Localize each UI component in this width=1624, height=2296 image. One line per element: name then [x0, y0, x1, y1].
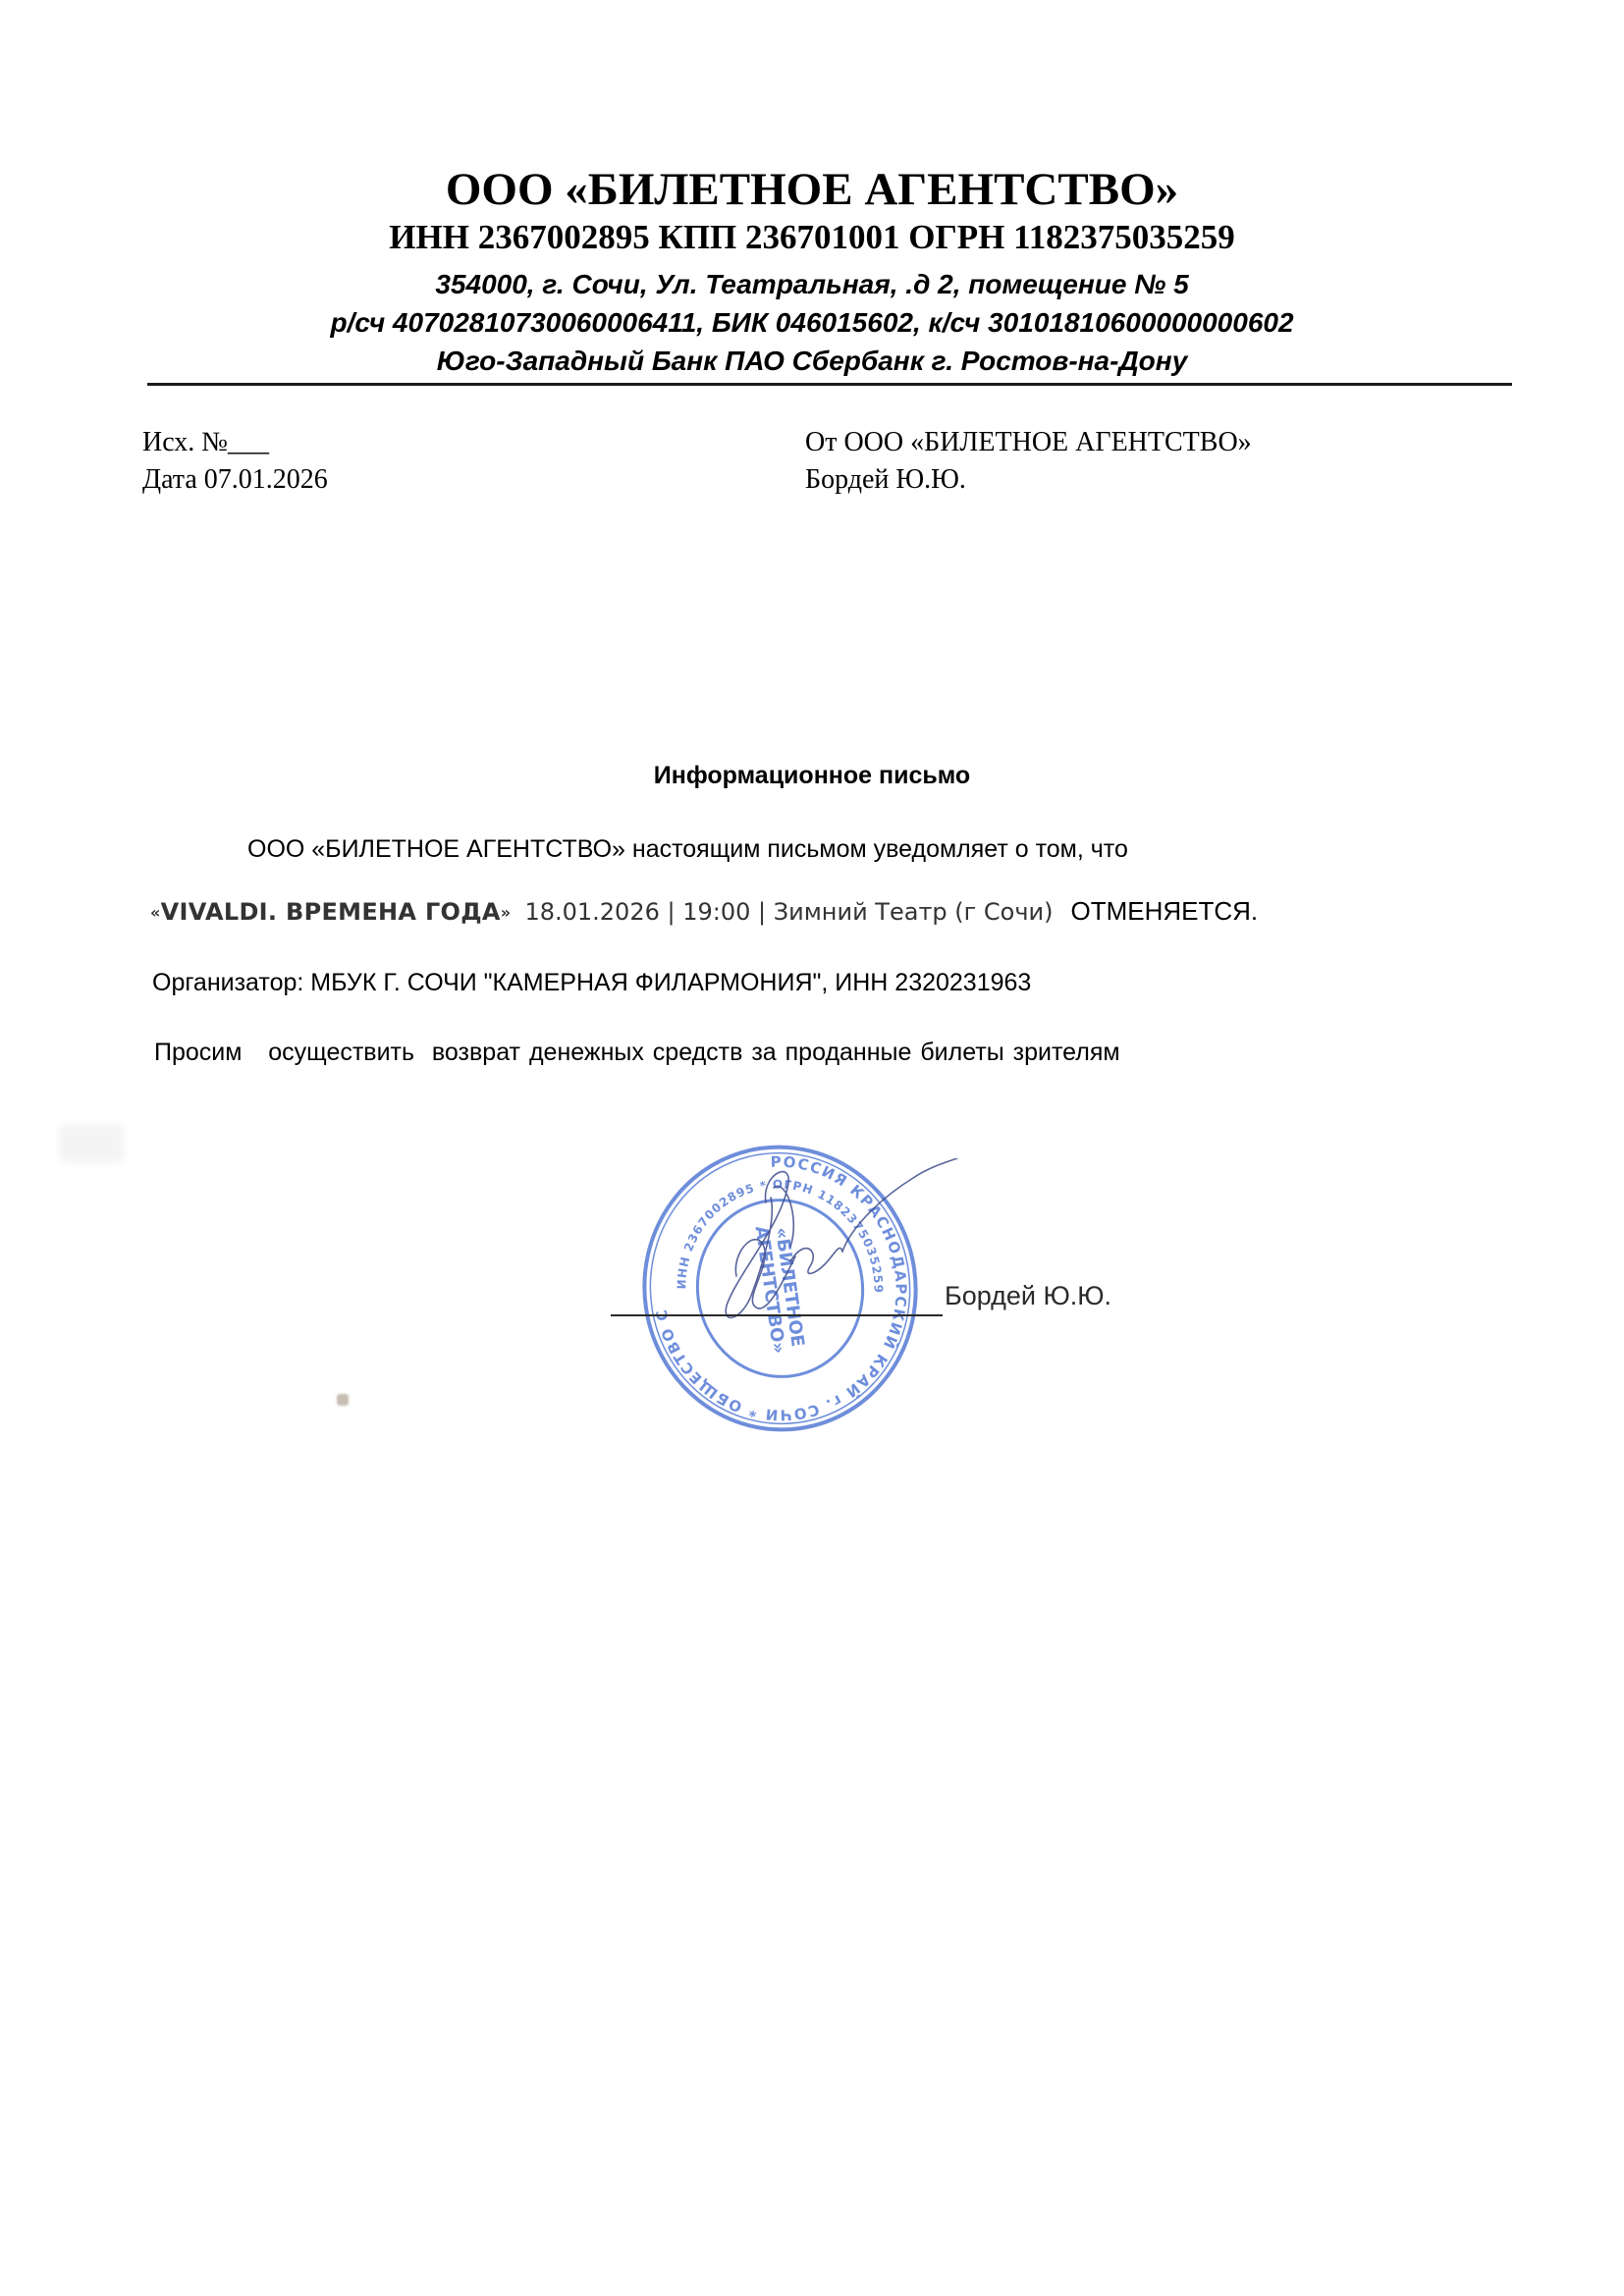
request-line: Просим осуществить возврат денежных сред…	[154, 1038, 1120, 1067]
event-details: 18.01.2026 | 19:00 | Зимний Театр (г Соч…	[524, 898, 1053, 926]
letter-date: Дата 07.01.2026	[142, 461, 328, 499]
event-title: «VIVALDI. ВРЕМЕНА ГОДА»	[150, 898, 511, 926]
sender-person: Бордей Ю.Ю.	[805, 461, 1252, 499]
sender-company: От ООО «БИЛЕТНОЕ АГЕНТСТВО»	[805, 424, 1252, 461]
scan-speck	[337, 1394, 349, 1406]
letter-heading: Информационное письмо	[0, 761, 1624, 790]
event-title-text: VIVALDI. ВРЕМЕНА ГОДА	[161, 898, 501, 926]
intro-paragraph: ООО «БИЛЕТНОЕ АГЕНТСТВО» настоящим письм…	[247, 834, 1128, 864]
signatory-name: Бордей Ю.Ю.	[945, 1279, 1111, 1312]
scan-smudge	[59, 1124, 124, 1163]
company-bank: Юго-Западный Банк ПАО Сбербанк г. Ростов…	[0, 345, 1624, 378]
outgoing-meta: Исх. №___ Дата 07.01.2026	[142, 424, 328, 499]
sender-meta: От ООО «БИЛЕТНОЕ АГЕНТСТВО» Бордей Ю.Ю.	[805, 424, 1252, 499]
signature-line	[611, 1314, 943, 1316]
handwritten-signature-icon	[677, 1158, 962, 1335]
letterhead-divider	[147, 383, 1512, 386]
company-address: 354000, г. Сочи, Ул. Театральная, .д 2, …	[0, 268, 1624, 301]
event-status: ОТМЕНЯЕТСЯ.	[1070, 896, 1258, 926]
organizer-line: Организатор: МБУК Г. СОЧИ "КАМЕРНАЯ ФИЛА…	[152, 968, 1031, 997]
event-line: «VIVALDI. ВРЕМЕНА ГОДА»18.01.2026 | 19:0…	[150, 896, 1258, 928]
outgoing-number: Исх. №___	[142, 424, 328, 461]
company-title: ООО «БИЛЕТНОЕ АГЕНТСТВО»	[0, 163, 1624, 216]
quote-close: »	[501, 903, 512, 922]
company-registration: ИНН 2367002895 КПП 236701001 ОГРН 118237…	[0, 218, 1624, 257]
quote-open: «	[150, 903, 161, 922]
company-accounts: р/сч 40702810730060006411, БИК 046015602…	[0, 306, 1624, 340]
